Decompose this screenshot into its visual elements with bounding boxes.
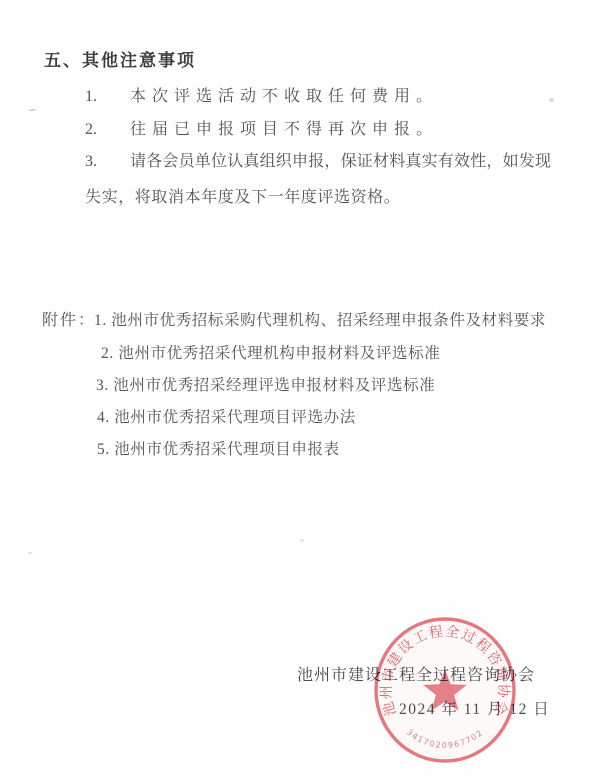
scan-speck [28, 552, 32, 554]
section-heading: 五、其他注意事项 [44, 46, 196, 71]
attachment-item: 1. 池州市优秀招标采购代理机构、招采经理申报条件及材料要求 [94, 308, 546, 330]
scanned-document-page: 五、其他注意事项 1.本次评选活动不收取任何费用。 2.往届已申报项目不得再次申… [0, 0, 595, 779]
list-number: 3. [85, 151, 130, 173]
scan-speck [300, 539, 304, 542]
list-item-continuation: 失实，将取消本年度及下一年度评选资格。 [85, 184, 400, 207]
attachment-item: 2. 池州市优秀招采代理机构申报材料及评选标准 [101, 341, 440, 363]
scan-speck [29, 109, 36, 112]
attachment-item: 5. 池州市优秀招采代理项目申报表 [97, 437, 340, 459]
attachments-label: 附件： [42, 307, 96, 330]
list-item-text: 往届已申报项目不得再次申报。 [130, 121, 438, 138]
list-number: 1. [85, 86, 130, 108]
list-number: 2. [85, 119, 130, 141]
official-seal: 池州市建设工程全过程咨询协会 3417020967702 [362, 608, 528, 774]
list-item-text: 本次评选活动不收取任何费用。 [130, 88, 438, 105]
list-item: 1.本次评选活动不收取任何费用。 [85, 86, 438, 108]
attachment-item: 3. 池州市优秀招采经理评选申报材料及评选标准 [96, 373, 435, 395]
list-item: 2.往届已申报项目不得再次申报。 [85, 119, 438, 141]
list-item-text: 请各会员单位认真组织申报，保证材料真实有效性，如发现 [130, 153, 551, 170]
list-item: 3.请各会员单位认真组织申报，保证材料真实有效性，如发现 [85, 151, 551, 173]
scan-speck [549, 98, 554, 102]
attachment-item: 4. 池州市优秀招采代理项目评选办法 [97, 405, 356, 427]
